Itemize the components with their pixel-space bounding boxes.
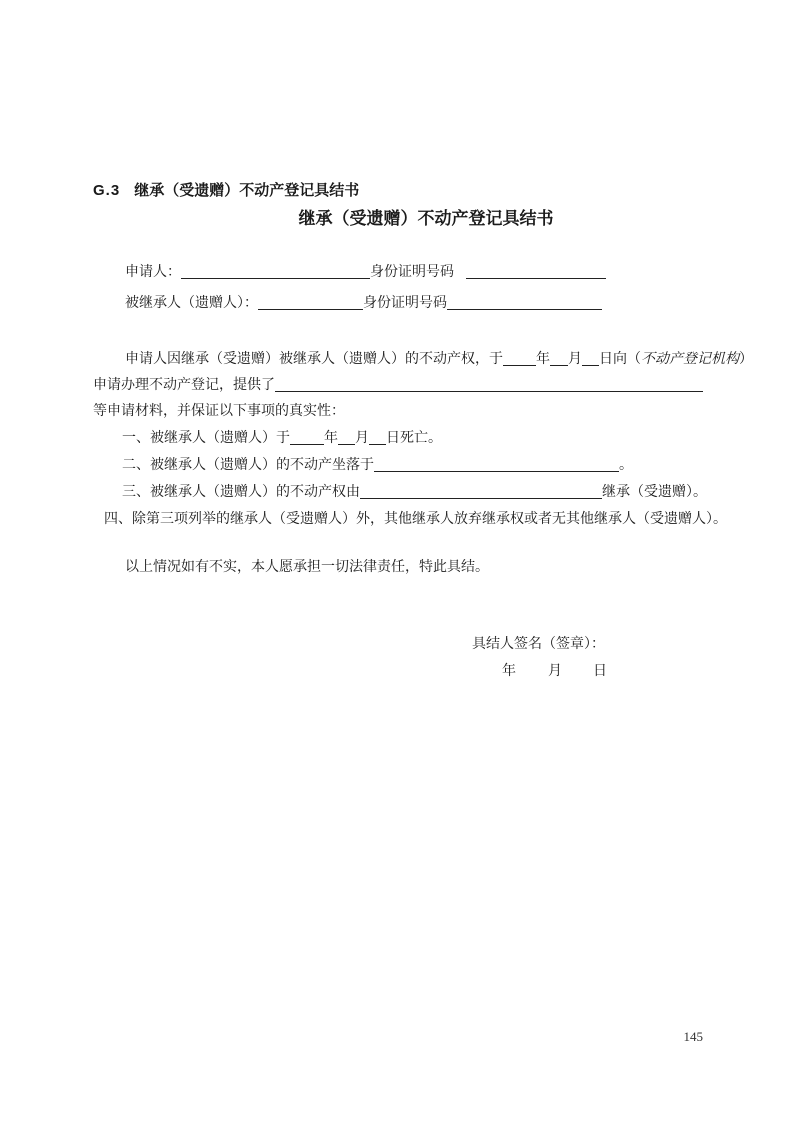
item2-text: 二、被继承人（遗赠人）的不动产坐落于 (122, 457, 374, 475)
item3-text: 三、被继承人（遗赠人）的不动产权由 (122, 484, 360, 502)
declaration-intro: 申请人因继承（受遗赠）被继承人（遗赠人）的不动产权，于 (125, 352, 503, 367)
date-year-blank (503, 365, 536, 366)
item1-text: 一、被继承人（遗赠人）于 (122, 431, 290, 446)
month-label: 月 (568, 352, 582, 367)
registry-organization-name: 不动产登记机构 (641, 352, 739, 367)
item1-month-label: 月 (355, 431, 369, 446)
signature-year-label: 年 (502, 664, 516, 679)
applicant-id-blank (466, 278, 606, 279)
applicant-id-label: 身份证明号码 (370, 265, 454, 280)
year-label: 年 (536, 352, 550, 367)
decedent-name-blank (258, 309, 363, 310)
signature-date-line: 年月日 (502, 663, 702, 681)
page-number: 145 (93, 1029, 703, 1045)
item1-month-blank (338, 444, 355, 445)
decedent-row: 被继承人（遗赠人）：身份证明号码 (93, 295, 703, 313)
item1-suffix: 日死亡。 (386, 431, 442, 446)
decedent-id-label: 身份证明号码 (363, 296, 447, 311)
section-heading: G.3继承（受遗赠）不动产登记具结书 (93, 182, 703, 201)
signature-label: 具结人签名（签章）： (472, 636, 712, 654)
org-open-paren: （ (627, 352, 641, 367)
item3-heir-blank (360, 498, 602, 499)
date-day-blank (582, 365, 599, 366)
item1-year-label: 年 (324, 431, 338, 446)
list-item-3: 三、被继承人（遗赠人）的不动产权由继承（受遗赠）。 (93, 484, 707, 502)
section-number: G.3 (93, 182, 120, 199)
closing-statement: 以上情况如有不实，本人愿承担一切法律责任，特此具结。 (93, 559, 735, 577)
document-page: G.3继承（受遗赠）不动产登记具结书 继承（受遗赠）不动产登记具结书 申请人：身… (0, 0, 794, 1122)
provided-materials-blank (275, 391, 703, 392)
declaration-line-3: 等申请材料，并保证以下事项的真实性： (93, 403, 703, 421)
applicant-row: 申请人：身份证明号码 (93, 264, 703, 282)
item1-day-blank (369, 444, 386, 445)
signature-day-label: 日 (593, 664, 607, 679)
provided-materials-label: 申请办理不动产登记，提供了 (93, 377, 275, 395)
item3-suffix: 继承（受遗赠）。 (602, 484, 707, 502)
item1-year-blank (290, 444, 324, 445)
decedent-id-blank (447, 309, 602, 310)
applicant-label: 申请人： (125, 265, 181, 280)
list-item-1: 一、被继承人（遗赠人）于年月日死亡。 (93, 430, 732, 448)
item2-suffix: 。 (619, 457, 633, 475)
declaration-line-2: 申请办理不动产登记，提供了 (93, 377, 703, 395)
org-close-paren: ） (739, 352, 753, 367)
list-item-2: 二、被继承人（遗赠人）的不动产坐落于。 (93, 457, 633, 475)
item2-location-blank (374, 471, 619, 472)
document-title: 继承（受遗赠）不动产登记具结书 (93, 208, 703, 229)
day-to-label: 日向 (599, 352, 627, 367)
signature-month-label: 月 (548, 664, 562, 679)
declaration-line-1: 申请人因继承（受遗赠）被继承人（遗赠人）的不动产权，于年月日向（不动产登记机构） (93, 351, 703, 369)
applicant-name-blank (181, 278, 370, 279)
section-heading-title: 继承（受遗赠）不动产登记具结书 (134, 182, 359, 199)
decedent-label: 被继承人（遗赠人）： (125, 296, 258, 311)
list-item-4: 四、除第三项列举的继承人（受遗赠人）外，其他继承人放弃继承权或者无其他继承人（受… (93, 511, 714, 529)
date-month-blank (550, 365, 568, 366)
